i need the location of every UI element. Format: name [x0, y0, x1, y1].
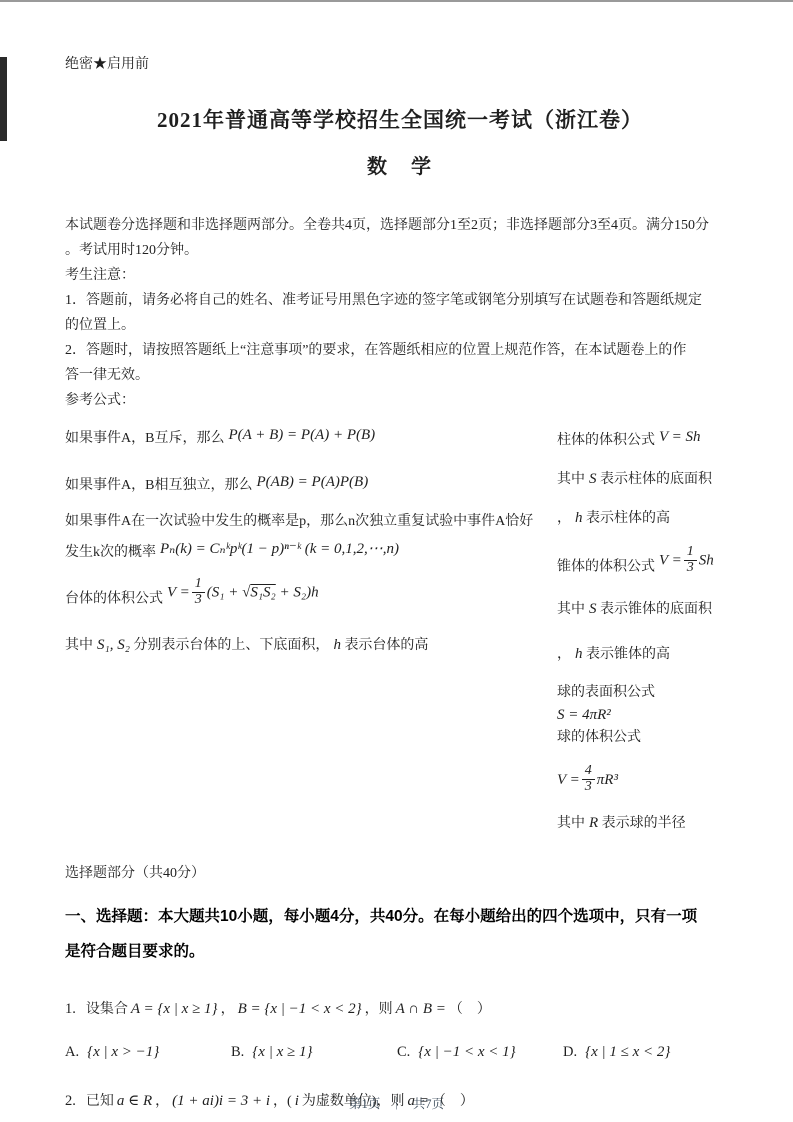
question-text: 设集合	[86, 1002, 128, 1017]
formula-label: 台体的体积公式	[65, 592, 163, 607]
notice-item-1-line-1: 1．答题前，请务必将自己的姓名、准考证号用黑色字迹的签字笔或钢笔分别填写在试题卷…	[65, 288, 735, 313]
formulas-right-column: 柱体的体积公式V = Sh 其中S 表示柱体的底面积 ，h 表示柱体的高 锥体的…	[557, 421, 735, 835]
note-text: ，	[557, 647, 571, 662]
formula-bernoulli-line-2: 发生k次的概率Pₙ(k) = Cₙᵏpᵏ(1 − p)ⁿ⁻ᵏ (k = 0,1,…	[65, 541, 557, 564]
note-text: 其中	[557, 602, 585, 617]
notice-item-2-line-1: 2．答题时，请按照答题纸上“注意事项”的要求，在答题纸相应的位置上规范作答，在本…	[65, 338, 735, 363]
choice-section-label: 选择题部分（共40分）	[65, 863, 735, 885]
formula-label: 球的体积公式	[557, 730, 641, 745]
fraction-numerator: 1	[684, 545, 697, 561]
option-math: {x | 1 ≤ x < 2}	[585, 1044, 670, 1060]
formula-math-pre: V =	[557, 772, 580, 788]
note-text: 其中	[557, 472, 585, 487]
formula-math: S = 4πR²	[557, 707, 611, 723]
fraction: 43	[582, 764, 595, 794]
fraction: 13	[192, 577, 205, 607]
notice-item-1-line-2: 的位置上。	[65, 313, 735, 338]
option-label: A.	[65, 1044, 79, 1060]
formula-cone-note-1: 其中S 表示锥体的底面积	[557, 598, 735, 621]
sqrt-argument: S₁S₂	[250, 585, 275, 601]
option-label: D.	[563, 1044, 577, 1060]
formula-cone-volume: 锥体的体积公式V =13Sh	[557, 552, 735, 582]
fraction-denominator: 3	[582, 780, 595, 795]
question-math: A ∩ B =	[396, 1001, 446, 1017]
formula-math-mid: (S₁ + √	[207, 585, 251, 601]
scan-artifact-top-edge	[0, 0, 793, 2]
note-math: h	[575, 510, 583, 526]
note-text: 其中	[65, 638, 93, 653]
formula-cylinder-volume: 柱体的体积公式V = Sh	[557, 429, 735, 452]
note-math: h	[575, 646, 583, 662]
intro-paragraph-line-1: 本试题卷分选择题和非选择题两部分。全卷共4页，选择题部分1至2页；非选择题部分3…	[65, 213, 735, 238]
exam-subject: 数 学	[65, 150, 735, 179]
answer-blank: （ ）	[449, 1002, 491, 1017]
formula-math: Pₙ(k) = Cₙᵏpᵏ(1 − p)ⁿ⁻ᵏ (k = 0,1,2,⋯,n)	[160, 541, 399, 557]
question-1: 1.设集合A = {x | x ≥ 1}，B = {x | −1 < x < 2…	[65, 997, 735, 1022]
page-footer: 第1页｜共7页	[0, 1094, 793, 1112]
formula-frustum-volume: 台体的体积公式V =13(S₁ + √S₁S₂ + S₂)h	[65, 584, 557, 614]
note-text: 表示台体的高	[344, 638, 428, 653]
formula-math-post: + S₂)h	[276, 585, 319, 601]
option-math: {x | x ≥ 1}	[252, 1044, 312, 1060]
formula-math: P(A + B) = P(A) + P(B)	[228, 427, 375, 443]
note-math: h	[333, 637, 341, 653]
formula-frustum-note: 其中S₁, S₂ 分别表示台体的上、下底面积，h 表示台体的高	[65, 634, 557, 657]
formula-sphere-volume-math: V =43πR³	[557, 765, 735, 795]
note-text: ，	[557, 511, 571, 526]
option-label: B.	[231, 1044, 244, 1060]
note-math: S	[589, 471, 597, 487]
footer-total-pages: 共7页	[413, 1097, 444, 1111]
formula-sphere-area-math: S = 4πR²	[557, 704, 735, 727]
question-number: 1.	[65, 1001, 76, 1017]
formula-math-pre: V =	[167, 585, 190, 601]
intro-paragraph-line-2: 。考试用时120分钟。	[65, 238, 735, 263]
exam-title: 2021年普通高等学校招生全国统一考试（浙江卷）	[65, 104, 735, 134]
notice-title: 考生注意：	[65, 263, 735, 288]
note-text: 表示锥体的高	[586, 647, 670, 662]
note-math: R	[589, 815, 598, 831]
note-text: 表示球的半径	[602, 816, 686, 831]
formula-label: 锥体的体积公式	[557, 560, 655, 575]
option-d: D.{x | 1 ≤ x < 2}	[563, 1044, 729, 1061]
question-math: B = {x | −1 < x < 2}	[238, 1001, 362, 1017]
formula-sphere-note: 其中R 表示球的半径	[557, 812, 735, 835]
notice-item-1: 1．答题前，请务必将自己的姓名、准考证号用黑色字迹的签字笔或钢笔分别填写在试题卷…	[65, 288, 735, 338]
question-1-options: A.{x | x > −1} B.{x | x ≥ 1} C.{x | −1 <…	[65, 1044, 735, 1061]
formula-math: V =13Sh	[659, 546, 714, 576]
fraction-denominator: 3	[192, 593, 205, 608]
formulas-left-column: 如果事件A，B互斥，那么P(A + B) = P(A) + P(B) 如果事件A…	[65, 421, 557, 835]
formula-math: V =43πR³	[557, 772, 618, 788]
option-label: C.	[397, 1044, 410, 1060]
footer-separator: ｜	[390, 1097, 403, 1111]
reference-formulas: 如果事件A，B互斥，那么P(A + B) = P(A) + P(B) 如果事件A…	[65, 421, 735, 835]
reference-formulas-title: 参考公式：	[65, 388, 735, 413]
formula-math: P(AB) = P(A)P(B)	[256, 474, 368, 490]
formula-math-pre: V =	[659, 553, 682, 569]
fraction-numerator: 4	[582, 764, 595, 780]
note-text: 其中	[557, 816, 585, 831]
formula-cone-note-2: ，h 表示锥体的高	[557, 643, 735, 666]
footer-page-number: 第1页	[349, 1097, 380, 1111]
section-1-heading-line-1: 一、选择题：本大题共10小题，每小题4分，共40分。在每小题给出的四个选项中，只…	[65, 899, 735, 934]
formula-label: 如果事件A在一次试验中发生的概率是p，那么n次独立重复试验中事件A恰好	[65, 514, 533, 529]
note-math: S	[589, 601, 597, 617]
fraction: 13	[684, 545, 697, 575]
section-1-heading: 一、选择题：本大题共10小题，每小题4分，共40分。在每小题给出的四个选项中，只…	[65, 899, 735, 969]
note-text: 表示柱体的高	[586, 511, 670, 526]
intro-paragraph: 本试题卷分选择题和非选择题两部分。全卷共4页，选择题部分1至2页；非选择题部分3…	[65, 213, 735, 263]
option-math: {x | −1 < x < 1}	[418, 1044, 515, 1060]
formula-independent-events: 如果事件A，B相互独立，那么P(AB) = P(A)P(B)	[65, 474, 557, 497]
option-c: C.{x | −1 < x < 1}	[397, 1044, 563, 1061]
note-text: 表示柱体的底面积	[600, 472, 712, 487]
option-b: B.{x | x ≥ 1}	[231, 1044, 397, 1061]
formula-sphere-volume-label: 球的体积公式	[557, 727, 735, 749]
exam-page: 绝密★启用前 2021年普通高等学校招生全国统一考试（浙江卷） 数 学 本试题卷…	[0, 0, 793, 1122]
formula-cylinder-note-2: ，h 表示柱体的高	[557, 507, 735, 530]
note-text: 表示锥体的底面积	[600, 602, 712, 617]
notice-item-2: 2．答题时，请按照答题纸上“注意事项”的要求，在答题纸相应的位置上规范作答，在本…	[65, 338, 735, 388]
question-text: ，则	[365, 1002, 393, 1017]
formula-bernoulli-line-1: 如果事件A在一次试验中发生的概率是p，那么n次独立重复试验中事件A恰好	[65, 511, 557, 533]
formula-math-post: πR³	[597, 772, 618, 788]
note-math: S₁, S₂	[97, 637, 130, 653]
fraction-denominator: 3	[684, 561, 697, 576]
formula-math: V = Sh	[659, 429, 701, 445]
scan-artifact-left-corner	[0, 57, 7, 141]
formula-label: 如果事件A，B互斥，那么	[65, 431, 224, 446]
classification-label: 绝密★启用前	[65, 56, 735, 74]
question-math: A = {x | x ≥ 1}	[131, 1001, 218, 1017]
option-a: A.{x | x > −1}	[65, 1044, 231, 1061]
note-text: 分别表示台体的上、下底面积，	[133, 638, 329, 653]
formula-label: 柱体的体积公式	[557, 433, 655, 448]
formula-mutually-exclusive: 如果事件A，B互斥，那么P(A + B) = P(A) + P(B)	[65, 427, 557, 450]
formula-math-post: Sh	[699, 553, 714, 569]
formula-sphere-area-label: 球的表面积公式	[557, 682, 735, 704]
exam-instructions: 本试题卷分选择题和非选择题两部分。全卷共4页，选择题部分1至2页；非选择题部分3…	[65, 213, 735, 413]
formula-cylinder-note-1: 其中S 表示柱体的底面积	[557, 468, 735, 491]
section-1-heading-line-2: 是符合题目要求的。	[65, 934, 735, 969]
formula-label: 如果事件A，B相互独立，那么	[65, 478, 252, 493]
formula-math: V =13(S₁ + √S₁S₂ + S₂)h	[167, 578, 319, 608]
notice-item-2-line-2: 答一律无效。	[65, 363, 735, 388]
formula-label: 球的表面积公式	[557, 685, 655, 700]
fraction-numerator: 1	[192, 577, 205, 593]
question-text: ，	[221, 1002, 235, 1017]
option-math: {x | x > −1}	[87, 1044, 159, 1060]
formula-label: 发生k次的概率	[65, 545, 156, 560]
